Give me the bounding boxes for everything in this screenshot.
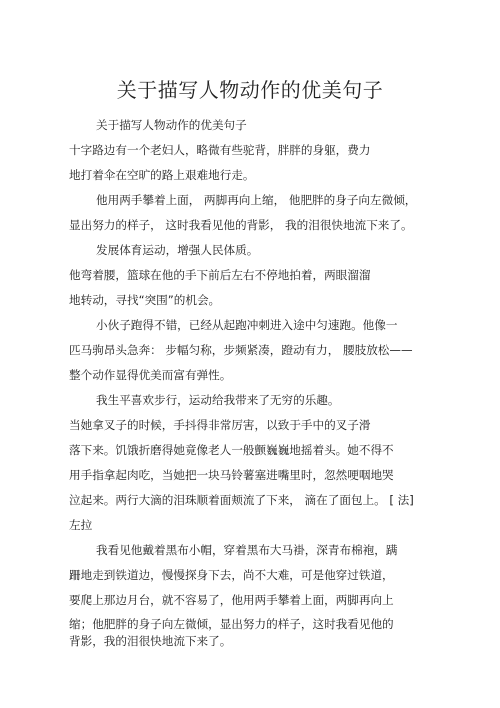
body-text-line: 左拉 <box>69 518 92 532</box>
body-text-line: 十字路边有一个老妇人，略微有些驼背，胖胖的身躯，费力 <box>69 143 370 157</box>
body-text-line: 我生平喜欢步行，运动给我带来了无穷的乐趣。 <box>96 393 339 407</box>
body-text-line: 要爬上那边月台，就不容易了，他用两手攀着上面，两脚再向上 <box>69 593 394 607</box>
body-text-line: 用手指拿起肉吃，当她把一块马铃薯塞进嘴里时，忽然哽咽地哭 <box>69 468 394 482</box>
body-text-line: 背影，我的泪很快地流下来了。 <box>69 634 231 648</box>
body-text-line: 缩；他肥胖的身子向左微倾，显出努力的样子，这时我看见他的 <box>69 617 394 631</box>
body-text-line: 小伙子跑得不错，已经从起跑冲刺进入途中匀速跑。他像一 <box>96 318 397 332</box>
body-text-line: 我看见他戴着黑布小帽，穿着黑布大马褂，深青布棉袍，蹒 <box>96 543 397 557</box>
body-text-line: 他弯着腰，篮球在他的手下前后左右不停地拍着，两眼溜溜 <box>69 268 370 282</box>
body-text-line: 地打着伞在空旷的路上艰难地行走。 <box>69 168 255 182</box>
body-text-line: 地转动，寻找“突围”的机会。 <box>69 293 220 307</box>
body-text-line: 泣起来。两行大滴的泪珠顺着面颊流了下来， 滴在了面包上。 [ 法] <box>69 493 414 507</box>
body-text-line: 跚地走到铁道边，慢慢探身下去，尚不大难，可是他穿过铁道， <box>69 568 394 582</box>
body-text-line: 当她拿叉子的时候，手抖得非常厉害，以致于手中的叉子滑 <box>69 418 370 432</box>
body-text-line: 整个动作显得优美而富有弹性。 <box>69 368 231 382</box>
document-title: 关于描写人物动作的优美句子 <box>0 78 500 102</box>
body-text-line: 显出努力的样子， 这时我看见他的背影， 我的泪很快地流下来了。 <box>69 218 413 232</box>
body-text-line: 他用两手攀着上面， 两脚再向上缩， 他肥胖的身子向左微倾， <box>96 193 416 207</box>
body-text-line: 匹马驹昂头急奔： 步幅匀称，步频紧凑，蹬动有力， 腰肢放松—— <box>69 343 413 357</box>
body-text-line: 落下来。饥饿折磨得她竟像老人一般颤巍巍地摇着头。她不得不 <box>69 443 394 457</box>
body-text-line: 关于描写人物动作的优美句子 <box>96 118 247 132</box>
body-text-line: 发展体育运动，增强人民体质。 <box>96 243 258 257</box>
